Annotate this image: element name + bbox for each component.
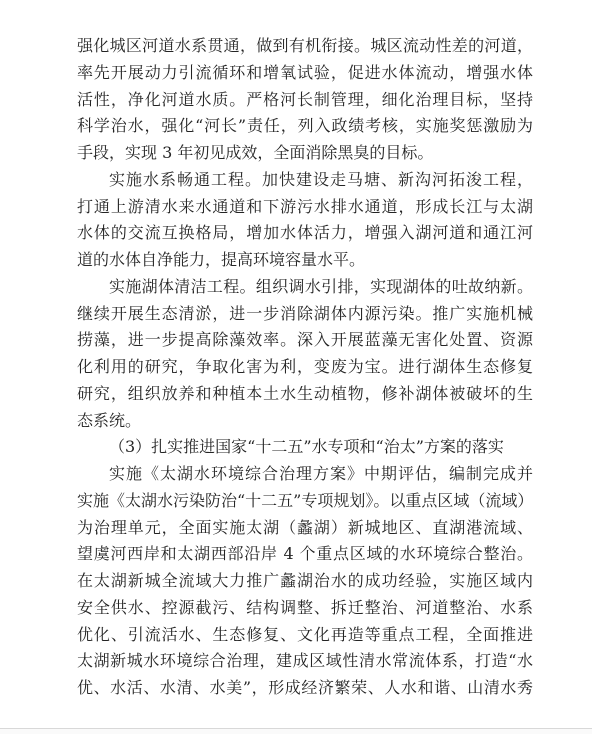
document-page: 强化城区河道水系贯通，做到有机衔接。城区流动性差的河道，率先开展动力引流循环和增… (0, 0, 592, 734)
text-line: 优、水活、水清、水美”，形成经济繁荣、人水和谐、山清水秀 (77, 675, 533, 702)
text-line: 实施《太湖水环境综合治理方案》中期评估，编制完成并 (77, 461, 533, 488)
text-line: 道的水体自净能力，提高环境容量水平。 (77, 247, 533, 274)
text-line: 打通上游清水来水通道和下游污水排水通道，形成长江与太湖 (77, 194, 533, 221)
text-line: 科学治水，强化“河长”责任，列入政绩考核，实施奖惩激励为 (77, 113, 533, 140)
text-line: 安全供水、控源截污、结构调整、拆迁整治、河道整治、水系 (77, 595, 533, 622)
page-bottom-edge (0, 728, 592, 734)
text-line: 太湖新城水环境综合治理，建成区域性清水常流体系，打造“水 (77, 648, 533, 675)
text-line: 化利用的研究，争取化害为利，变废为宝。进行湖体生态修复 (77, 354, 533, 381)
text-line: （3）扎实推进国家“十二五”水专项和“治太”方案的落实 (77, 434, 533, 461)
text-line: 研究，组织放养和种植本土水生动植物，修补湖体被破坏的生 (77, 381, 533, 408)
text-line: 活性，净化河道水质。严格河长制管理，细化治理目标，坚持 (77, 87, 533, 114)
text-line: 强化城区河道水系贯通，做到有机衔接。城区流动性差的河道， (77, 33, 533, 60)
text-line: 态系统。 (77, 408, 533, 435)
text-line: 实施《太湖水污染防治“十二五”专项规划》。以重点区域（流域） (77, 488, 533, 515)
text-line: 为治理单元，全面实施太湖（蠡湖）新城地区、直湖港流域、 (77, 515, 533, 542)
text-line: 在太湖新城全流域大力推广蠡湖治水的成功经验，实施区域内 (77, 568, 533, 595)
text-line: 率先开展动力引流循环和增氧试验，促进水体流动，增强水体 (77, 60, 533, 87)
text-line: 实施水系畅通工程。加快建设走马塘、新沟河拓浚工程， (77, 167, 533, 194)
text-line: 继续开展生态清淤，进一步消除湖体内源污染。推广实施机械 (77, 301, 533, 328)
text-line: 手段，实现 3 年初见成效，全面消除黑臭的目标。 (77, 140, 533, 167)
text-line: 水体的交流互换格局，增加水体活力，增强入湖河道和通江河 (77, 220, 533, 247)
text-line: 实施湖体清洁工程。组织调水引排，实现湖体的吐故纳新。 (77, 274, 533, 301)
text-line: 捞藻，进一步提高除藻效率。深入开展蓝藻无害化处置、资源 (77, 327, 533, 354)
text-line: 望虞河西岸和太湖西部沿岸 4 个重点区域的水环境综合整治。 (77, 541, 533, 568)
text-line: 优化、引流活水、生态修复、文化再造等重点工程，全面推进 (77, 622, 533, 649)
text-block: 强化城区河道水系贯通，做到有机衔接。城区流动性差的河道，率先开展动力引流循环和增… (77, 33, 533, 702)
